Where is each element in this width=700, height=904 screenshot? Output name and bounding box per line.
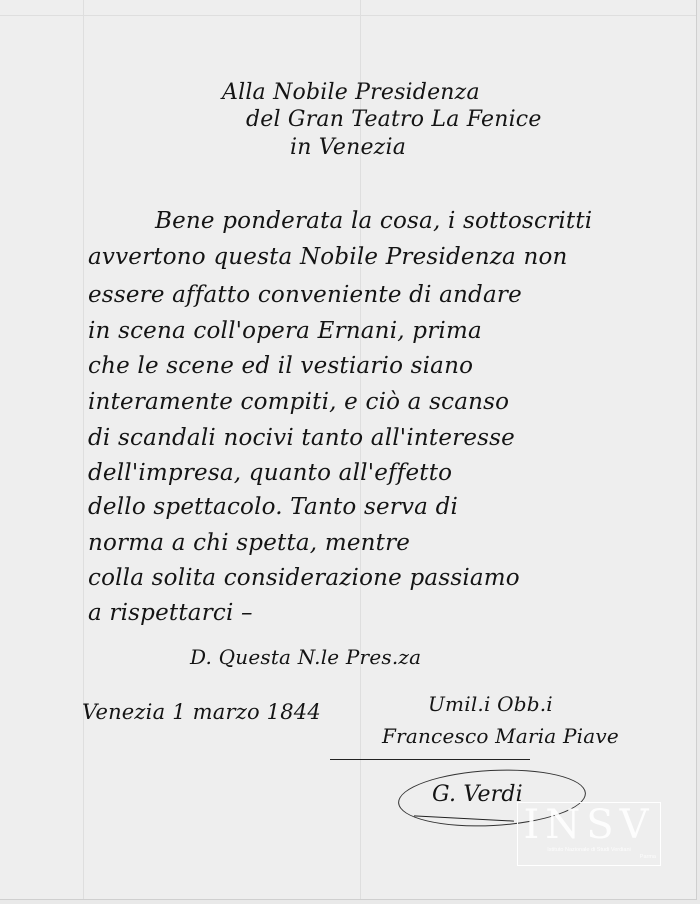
body-line: a rispettarci – xyxy=(88,600,253,626)
body-line: che le scene ed il vestiario siano xyxy=(88,353,473,379)
watermark-city: Parma xyxy=(518,854,660,861)
body-line: Bene ponderata la cosa, i sottoscritti xyxy=(155,208,592,234)
watermark-subtitle: Istituto Nazionale di Studi Verdiani xyxy=(518,847,660,854)
closing-formula: Umil.i Obb.i xyxy=(428,692,553,716)
signature-piave: Francesco Maria Piave xyxy=(382,724,619,748)
fold-line xyxy=(0,15,696,16)
fold-line xyxy=(83,0,84,899)
postscript-note: D. Questa N.le Pres.za xyxy=(190,645,421,669)
signature-underline xyxy=(330,759,530,760)
body-line: di scandali nocivi tanto all'interesse xyxy=(88,425,515,451)
body-line: essere affatto conveniente di andare xyxy=(88,282,522,308)
archive-watermark: INSV Istituto Nazionale di Studi Verdian… xyxy=(517,802,661,866)
address-line: in Venezia xyxy=(290,135,406,160)
body-line: avvertono questa Nobile Presidenza non xyxy=(88,244,568,270)
watermark-logo: INSV xyxy=(518,803,660,847)
body-line: colla solita considerazione passiamo xyxy=(88,565,520,591)
body-line: dello spettacolo. Tanto serva di xyxy=(88,494,458,520)
body-line: interamente compiti, e ciò a scanso xyxy=(88,389,509,415)
body-line: norma a chi spetta, mentre xyxy=(88,530,410,556)
address-line: Alla Nobile Presidenza xyxy=(222,80,480,105)
body-line: dell'impresa, quanto all'effetto xyxy=(88,460,452,486)
address-line: del Gran Teatro La Fenice xyxy=(246,107,542,132)
body-line: in scena coll'opera Ernani, prima xyxy=(88,318,482,344)
place-date: Venezia 1 marzo 1844 xyxy=(82,700,321,724)
letter-page: Alla Nobile Presidenza del Gran Teatro L… xyxy=(0,0,697,900)
signature-verdi: G. Verdi xyxy=(432,782,523,807)
